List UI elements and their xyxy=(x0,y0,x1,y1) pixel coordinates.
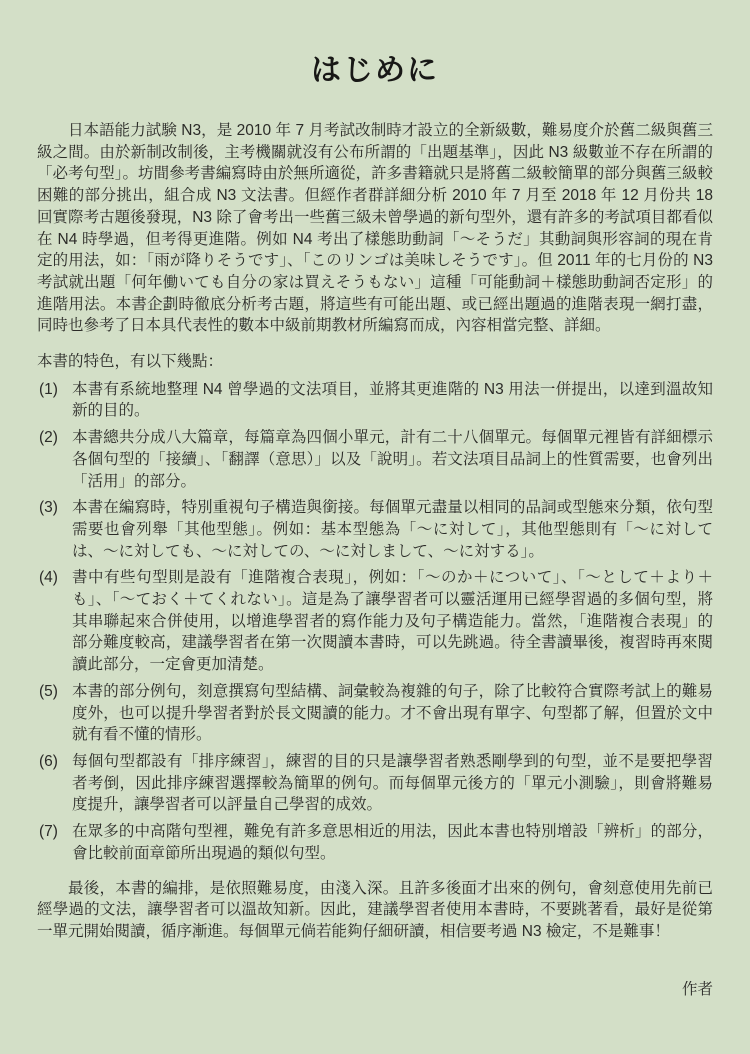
features-heading: 本書的特色，有以下幾點： xyxy=(37,351,713,373)
closing-paragraph: 最後，本書的編排，是依照難易度，由淺入深。且許多後面才出來的例句，會刻意使用先前… xyxy=(37,878,713,943)
feature-number: (6) xyxy=(39,751,58,773)
feature-item: (2) 本書總共分成八大篇章，每篇章為四個小單元，計有二十八個單元。每個單元裡皆… xyxy=(37,427,713,492)
feature-item: (7) 在眾多的中高階句型裡，難免有許多意思相近的用法，因此本書也特別增設「辨析… xyxy=(37,821,713,864)
feature-text: 在眾多的中高階句型裡，難免有許多意思相近的用法，因此本書也特別增設「辨析」的部分… xyxy=(72,823,713,862)
feature-number: (4) xyxy=(39,567,58,589)
feature-number: (7) xyxy=(39,821,58,843)
feature-text: 本書總共分成八大篇章，每篇章為四個小單元，計有二十八個單元。每個單元裡皆有詳細標… xyxy=(72,429,713,489)
feature-text: 本書的部分例句，刻意撰寫句型結構、詞彙較為複雜的句子，除了比較符合實際考試上的難… xyxy=(72,683,713,743)
feature-number: (3) xyxy=(39,497,58,519)
feature-text: 本書在編寫時，特別重視句子構造與銜接。每個單元盡量以相同的品詞或型態來分類，依句… xyxy=(72,499,713,559)
feature-item: (3) 本書在編寫時，特別重視句子構造與銜接。每個單元盡量以相同的品詞或型態來分… xyxy=(37,497,713,562)
author-signature: 作者 xyxy=(37,979,713,1001)
feature-number: (2) xyxy=(39,427,58,449)
feature-item: (6) 每個句型都設有「排序練習」，練習的目的只是讓學習者熟悉剛學到的句型，並不… xyxy=(37,751,713,816)
feature-text: 書中有些句型則是設有「進階複合表現」，例如：「～のか＋について」、「～として＋よ… xyxy=(72,569,713,673)
book-preface-page: はじめに 日本語能力試験 N3，是 2010 年 7 月考試改制時才設立的全新級… xyxy=(0,0,750,1054)
feature-item: (4) 書中有些句型則是設有「進階複合表現」，例如：「～のか＋について」、「～と… xyxy=(37,567,713,676)
feature-text: 本書有系統地整理 N4 曾學過的文法項目，並將其更進階的 N3 用法一併提出，以… xyxy=(72,381,713,420)
features-list: (1) 本書有系統地整理 N4 曾學過的文法項目，並將其更進階的 N3 用法一併… xyxy=(37,379,713,865)
feature-item: (5) 本書的部分例句，刻意撰寫句型結構、詞彙較為複雜的句子，除了比較符合實際考… xyxy=(37,681,713,746)
intro-paragraph: 日本語能力試験 N3，是 2010 年 7 月考試改制時才設立的全新級數，難易度… xyxy=(37,120,713,337)
feature-text: 每個句型都設有「排序練習」，練習的目的只是讓學習者熟悉剛學到的句型，並不是要把學… xyxy=(72,753,713,813)
feature-item: (1) 本書有系統地整理 N4 曾學過的文法項目，並將其更進階的 N3 用法一併… xyxy=(37,379,713,422)
feature-number: (1) xyxy=(39,379,58,401)
page-title: はじめに xyxy=(37,0,713,90)
feature-number: (5) xyxy=(39,681,58,703)
